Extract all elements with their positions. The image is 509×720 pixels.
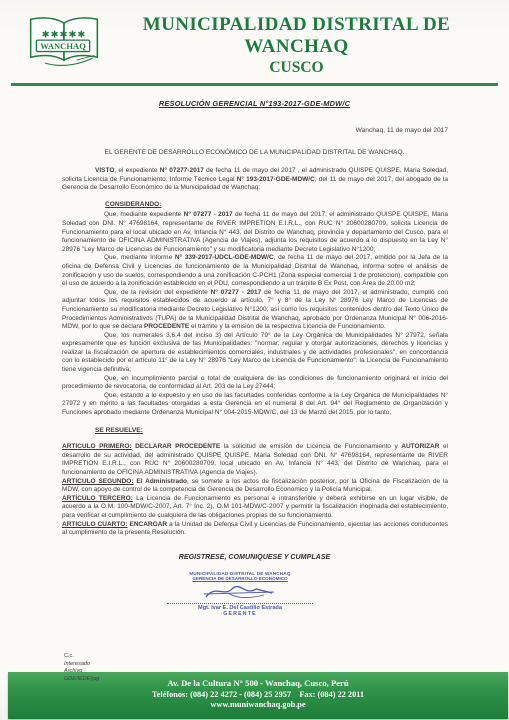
- document-header: ✱✱✱✱✱ WANCHAQ MUNICIPALIDAD DISTRITAL DE…: [0, 0, 509, 78]
- section-heading: SE RESUELVE:: [95, 427, 448, 436]
- paragraph: ARTÍCULO TERCERO: La Licencia de Funcion…: [62, 495, 448, 521]
- open-book-logo-icon: ✱✱✱✱✱ WANCHAQ: [24, 13, 104, 73]
- paragraph: ARTICULO PRIMERO: DECLARAR PROCEDENTE la…: [62, 443, 448, 477]
- logo-label: WANCHAQ: [40, 41, 86, 51]
- logo-trees: ✱✱✱✱✱: [42, 29, 87, 40]
- cc-line: C.c.: [64, 653, 99, 661]
- signature: [160, 581, 320, 603]
- cc-block: C.c.InteresadoArchivoGDE/IEDE/jag: [64, 653, 99, 683]
- section-heading: CONSIDERANDO:: [105, 201, 448, 210]
- paragraph: Que, en incumplimiento parcial o total d…: [62, 375, 448, 392]
- paragraph: ARTICULO CUARTO: ENCARGAR a la Unidad de…: [62, 521, 448, 538]
- paragraph: ARTICULO SEGUNDO: El Administrado, se so…: [62, 478, 448, 495]
- stamp-entity-line: MUNICIPALIDAD DISTRITAL DE WANCHAQ: [160, 571, 320, 576]
- city-name: CUSCO: [114, 59, 479, 77]
- document-page: ✱✱✱✱✱ WANCHAQ MUNICIPALIDAD DISTRITAL DE…: [0, 0, 509, 720]
- cc-line: GDE/IEDE/jag: [64, 676, 99, 684]
- paragraph: VISTO, el expediente N° 07277-2017 de fe…: [62, 167, 448, 193]
- resolution-title: RESOLUCIÓN GERENCIAL N°193-2017-GDE-MDW/…: [0, 99, 509, 108]
- document-body: VISTO, el expediente N° 07277-2017 de fe…: [62, 167, 448, 538]
- paragraph: Que, mediante expediente N° 07277 - 2017…: [62, 211, 448, 254]
- wanchaq-logo: ✱✱✱✱✱ WANCHAQ: [24, 13, 104, 78]
- footer-website: www.muniwanchaq.gob.pe: [8, 700, 508, 709]
- cc-line: Archivo: [64, 668, 99, 676]
- paragraph: Que, estando a lo expuesto y en uso de l…: [62, 392, 448, 418]
- stamp-dotted-line: [167, 603, 313, 604]
- addressee-line: EL GERENTE DE DESARROLLO ECONÓMICO DE LA…: [0, 149, 509, 156]
- date-line: Wanchaq, 11 de mayo del 2017: [0, 127, 448, 134]
- cc-line: Interesado: [64, 661, 99, 669]
- stamp-signer-role: GERENTE: [160, 611, 320, 617]
- official-stamp: MUNICIPALIDAD DISTRITAL DE WANCHAQ GEREN…: [160, 571, 320, 618]
- paragraph: Que, mediante Informe N° 339-2017-UDCL-G…: [62, 254, 448, 288]
- closing-formula: REGISTRESE, COMUNIQUESE Y CUMPLASE: [0, 553, 509, 561]
- paragraph: Que, de la revisión del expediente N° 07…: [62, 289, 448, 332]
- municipality-name: MUNICIPALIDAD DISTRITAL DE WANCHAQ: [114, 14, 479, 58]
- signature-icon: [202, 581, 278, 603]
- footer-phones: Teléfonos: (084) 22 4272 - (084) 25 2957…: [8, 690, 508, 699]
- header-divider: [11, 83, 498, 86]
- header-titles: MUNICIPALIDAD DISTRITAL DE WANCHAQ CUSCO: [114, 14, 479, 77]
- paragraph: Que, los numerales 3,6,4 del inciso 3) d…: [62, 332, 448, 375]
